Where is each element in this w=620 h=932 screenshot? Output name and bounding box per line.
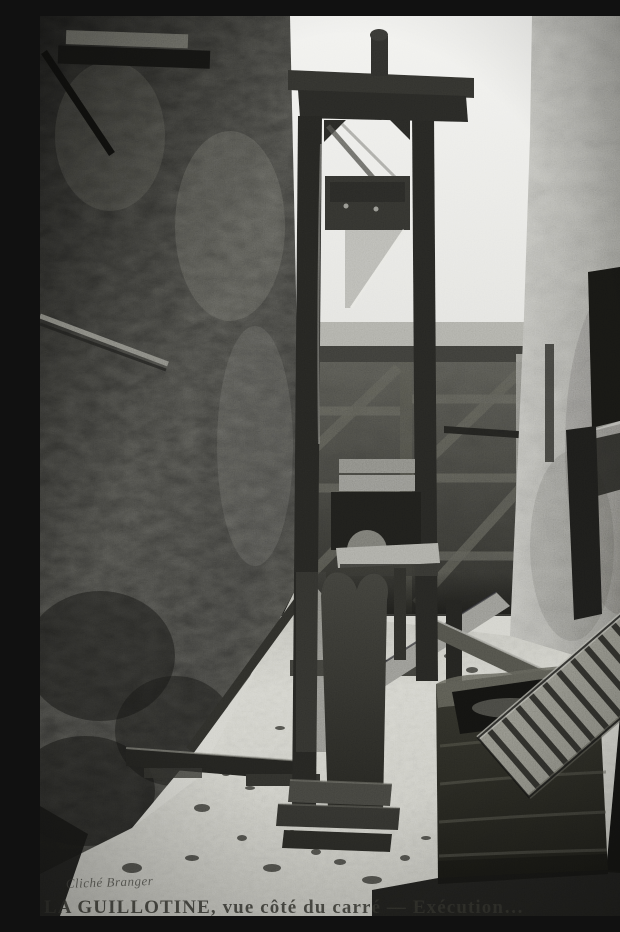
vignette [40, 16, 620, 916]
photo-postcard: Cliché Branger LA GUILLOTINE, vue côté d… [40, 16, 620, 916]
photo-scene: Cliché Branger LA GUILLOTINE, vue côté d… [40, 16, 620, 916]
